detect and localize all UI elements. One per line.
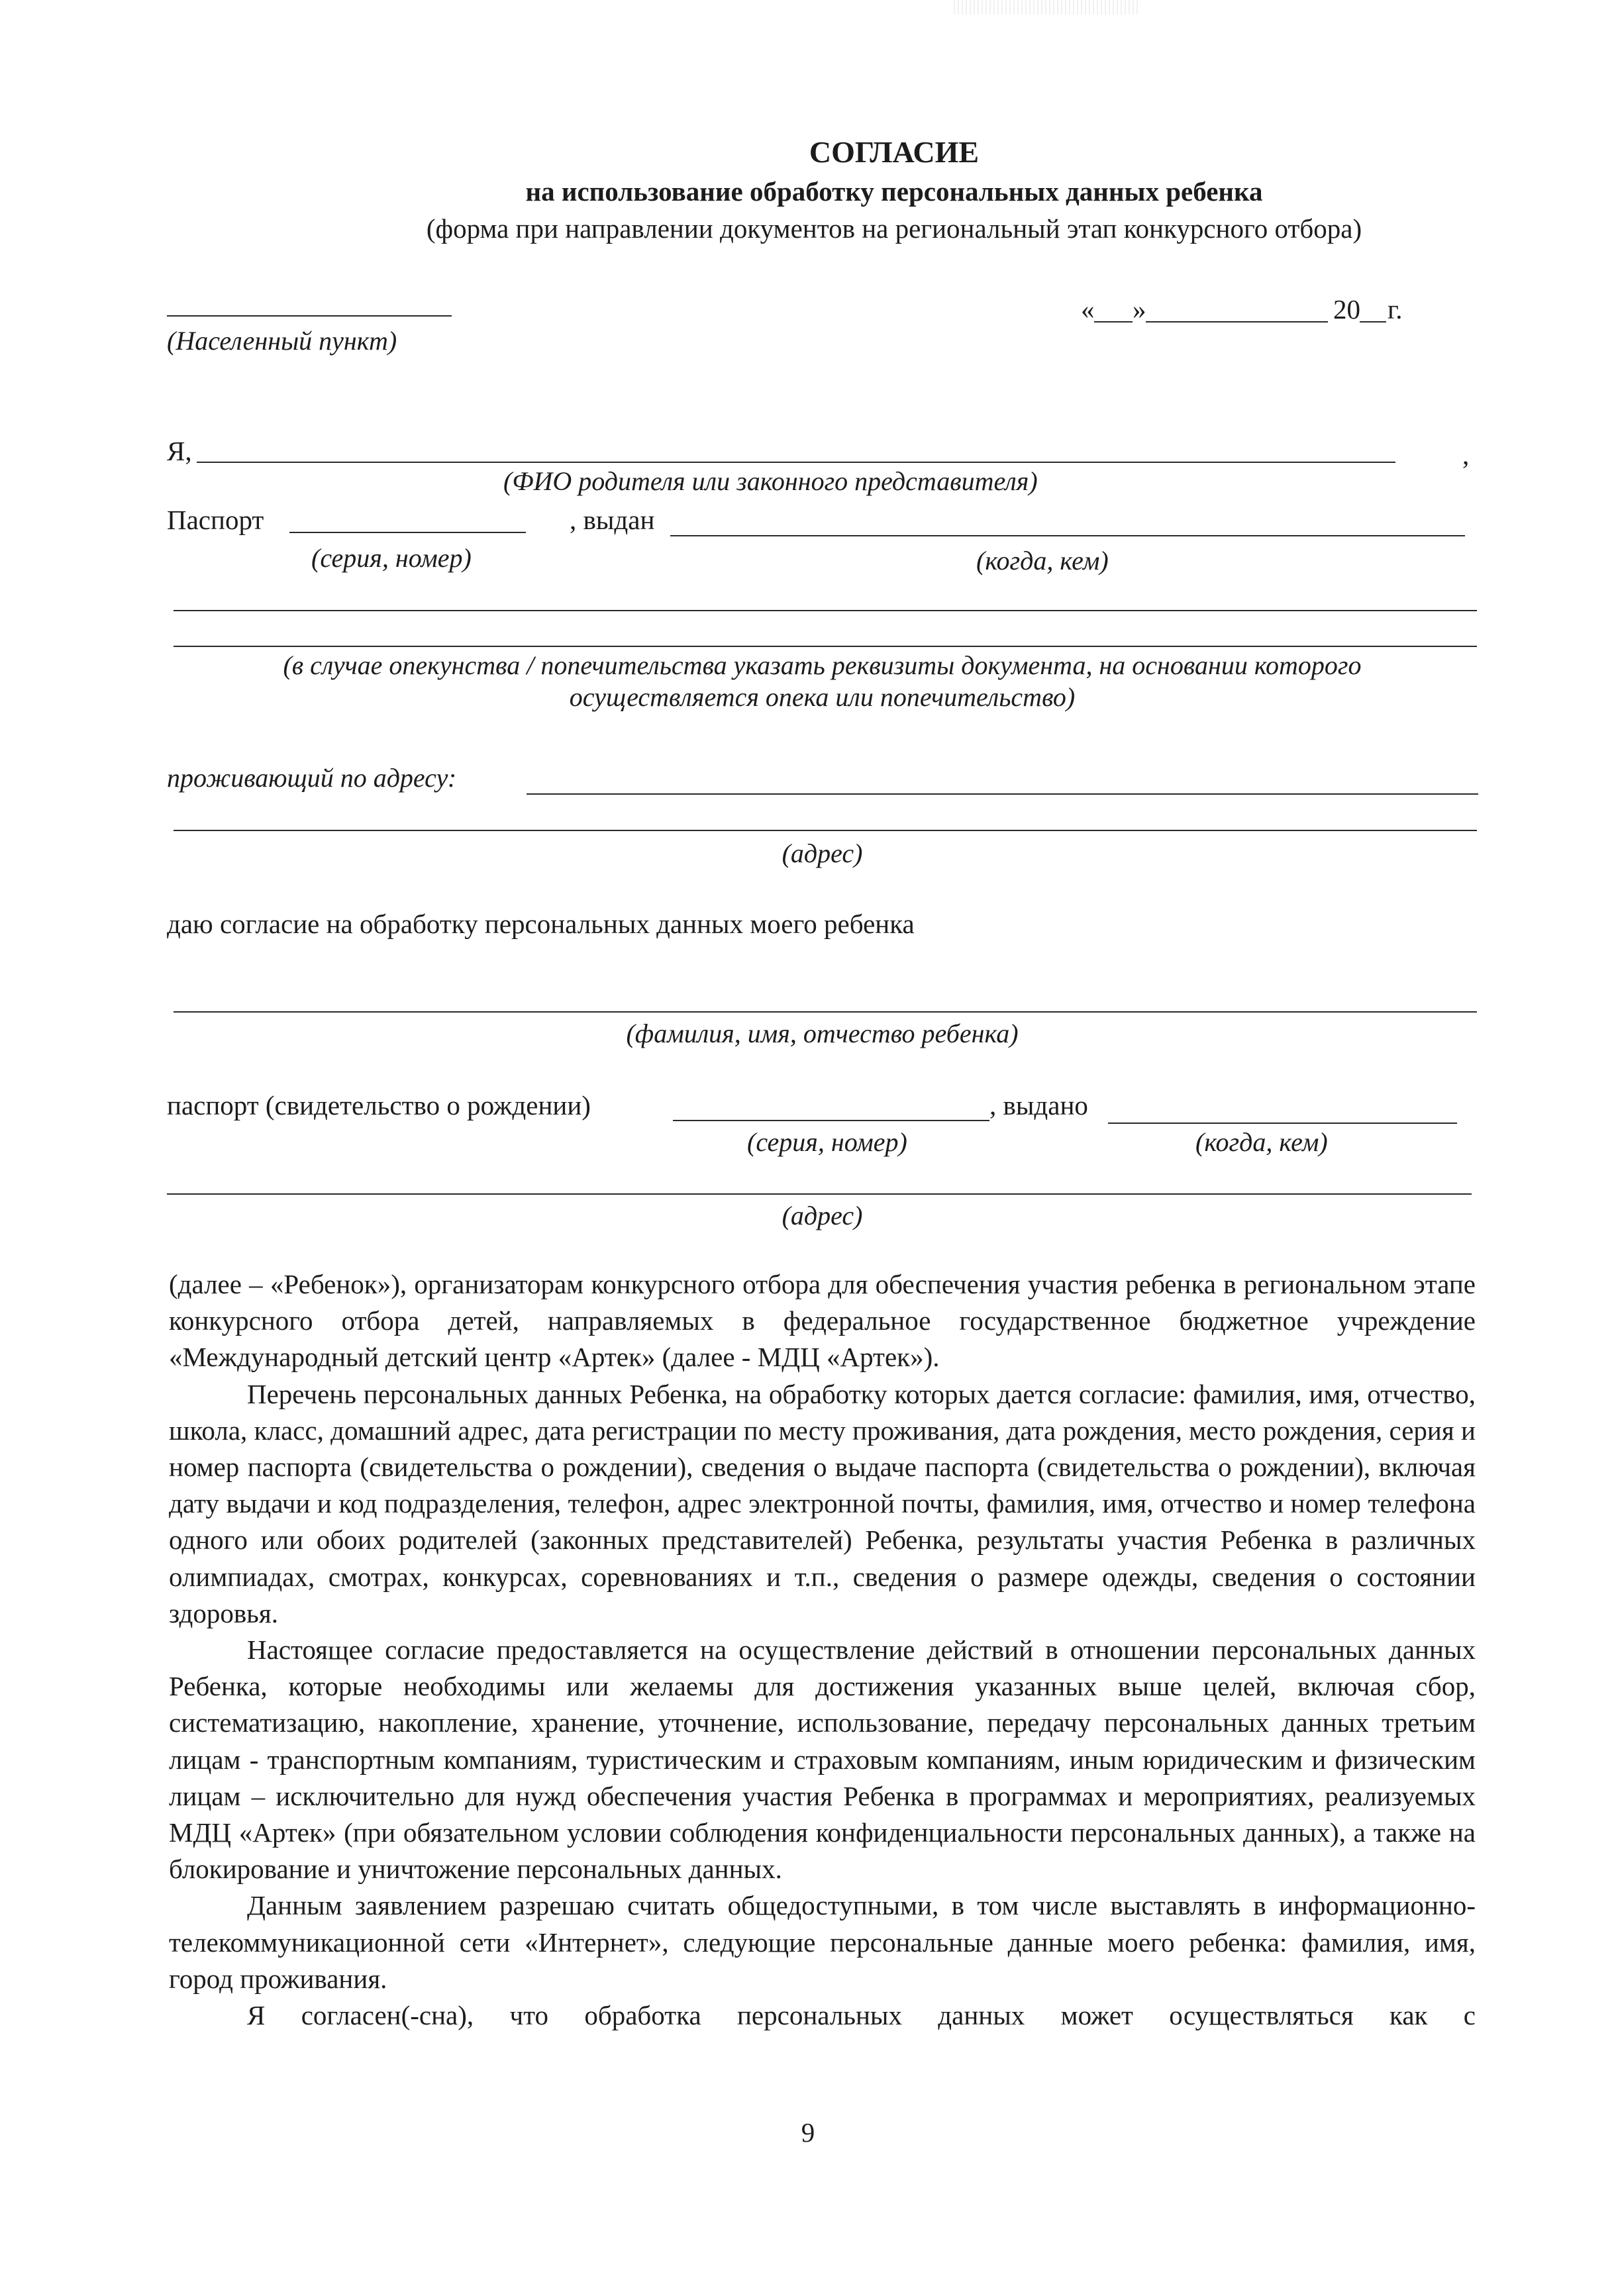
parent-address-field-1[interactable]	[527, 793, 1478, 795]
passport-label: Паспорт	[167, 503, 264, 536]
guardianship-field-2[interactable]	[174, 646, 1477, 647]
body-paragraph: Перечень персональных данных Ребенка, на…	[169, 1376, 1476, 1632]
child-address-caption: (адрес)	[169, 1199, 1476, 1232]
parent-passport-issued-field[interactable]	[670, 535, 1465, 536]
parent-name-field[interactable]	[197, 462, 1395, 463]
page-number: 9	[0, 2116, 1616, 2149]
date-day-field[interactable]	[1094, 321, 1133, 323]
body-paragraph: Данным заявлением разрешаю считать общед…	[169, 1887, 1476, 1997]
document-subtitle: на использование обработку персональных …	[0, 174, 1616, 210]
settlement-caption: (Населенный пункт)	[167, 324, 397, 358]
child-document-series-field[interactable]	[673, 1120, 989, 1121]
form-note: (форма при направлении документов на рег…	[0, 211, 1616, 247]
date-year-suffix: г.	[1388, 293, 1402, 326]
parent-issued-caption: (когда, кем)	[976, 544, 1109, 577]
guardianship-field-1[interactable]	[174, 610, 1477, 611]
parent-address-field-2[interactable]	[174, 830, 1477, 831]
body-paragraph: (далее – «Ребенок»), организаторам конку…	[169, 1266, 1476, 1376]
child-address-field[interactable]	[167, 1193, 1472, 1195]
trailing-comma: ,	[1462, 438, 1469, 472]
child-name-field[interactable]	[174, 1011, 1477, 1013]
consent-body: (далее – «Ребенок»), организаторам конку…	[169, 1266, 1476, 2034]
body-paragraph: Я согласен(-сна), что обработка персонал…	[169, 1997, 1476, 2034]
child-name-caption: (фамилия, имя, отчество ребенка)	[169, 1017, 1476, 1050]
child-issued-caption: (когда, кем)	[1195, 1126, 1328, 1159]
date-open-quote: «	[1081, 293, 1095, 326]
passport-issued-label: , выдан	[570, 503, 654, 536]
parent-passport-series-field[interactable]	[289, 532, 526, 533]
date-month-field[interactable]	[1146, 321, 1328, 323]
child-series-caption: (серия, номер)	[747, 1126, 907, 1159]
document-title: СОГЛАСИЕ	[0, 132, 1616, 172]
child-document-label: паспорт (свидетельство о рождении)	[167, 1089, 591, 1122]
guardianship-caption-line2: осуществляется опека или попечительство)	[169, 681, 1476, 714]
parent-address-caption: (адрес)	[169, 837, 1476, 870]
body-paragraph: Настоящее согласие предоставляется на ос…	[169, 1632, 1476, 1887]
i-label: Я,	[167, 434, 192, 468]
consent-intro: даю согласие на обработку персональных д…	[167, 907, 915, 940]
date-close-quote: »	[1133, 293, 1146, 326]
child-document-issued-field[interactable]	[1108, 1123, 1457, 1124]
address-label: проживающий по адресу:	[167, 762, 456, 795]
parent-series-caption: (серия, номер)	[311, 542, 472, 575]
guardianship-caption-line1: (в случае опекунства / попечительства ук…	[169, 649, 1476, 682]
scan-artifact	[954, 0, 1139, 15]
parent-name-caption: (ФИО родителя или законного представител…	[503, 465, 1038, 498]
child-issued-label: , выдано	[989, 1089, 1088, 1122]
settlement-field[interactable]	[167, 315, 452, 317]
date-year-field[interactable]	[1360, 321, 1386, 323]
date-year-prefix: 20	[1333, 293, 1360, 326]
